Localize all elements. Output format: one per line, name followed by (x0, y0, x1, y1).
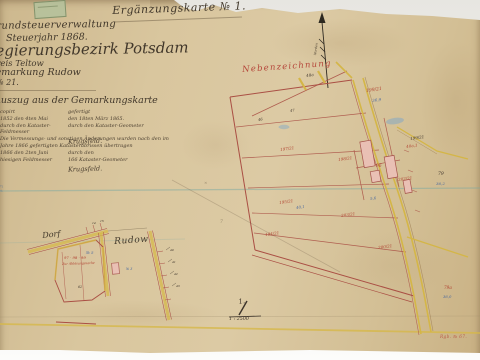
archive-sticker (33, 0, 66, 19)
main-road (299, 62, 433, 335)
parcel-label: 47 (290, 109, 295, 113)
parcel-boundaries (230, 71, 420, 302)
parcel-label: 79a (444, 286, 452, 290)
scale-numerator: 1. (238, 298, 246, 306)
parcel-label: № 5 (86, 251, 94, 255)
parcel-label: 36,0 (443, 295, 451, 299)
attestation-left: hiesigen Feldmesser (0, 157, 68, 164)
header-divider (0, 90, 96, 91)
extract-title: Auszug aus der Gemarkungskarte (0, 96, 158, 106)
parcel-label: 15 (100, 220, 104, 223)
sheet-number: № 21. (0, 79, 19, 87)
scanned-map-page: Ergänzungskarte № 1. Grundsteuerverwaltu… (0, 0, 480, 360)
parcel-label: 46 (258, 118, 263, 122)
amendment-attestation: 1866 den 2ten Junidurch denhiesigen Feld… (0, 150, 160, 172)
note-line: Jahre 1866 gefertigten Katasterabrissen … (0, 143, 192, 150)
parcel-label: 7 (220, 221, 223, 226)
parcel-label: 14 (92, 222, 96, 225)
attestation-right: gefertigt (68, 109, 172, 116)
parcel-label: 96 (376, 165, 382, 169)
attestation-right: Krugsfeld. (68, 162, 160, 174)
gemarkung-line: Gemarkung Rudow (0, 68, 81, 78)
attestation-right: durch den (68, 150, 160, 157)
attestation-left (0, 164, 68, 173)
attestation-right: den 18ten März 1865. (68, 116, 172, 123)
north-arrow-icon (319, 12, 329, 88)
parcel-label: 5,6 (370, 196, 377, 201)
attestation-left: durch den Kataster-Feldmesser (0, 123, 68, 137)
amendment-note: Die Vermessungs- und sonstigen Änderunge… (0, 136, 192, 149)
attestation-row: durch den Kataster-Feldmesserdurch den K… (0, 123, 172, 137)
attestation-row: copirtgefertigt (0, 109, 172, 116)
district-line: Regierungsbezirk Potsdam (0, 40, 189, 59)
pencil-line (172, 180, 340, 272)
parcel-label: 62 (78, 286, 82, 289)
attestation-row: 1866 den 2ten Junidurch den (0, 150, 160, 157)
blue-stamp: 51 (0, 184, 2, 193)
attestation-left: copirt (0, 109, 68, 116)
archive-mark: Rgb. № 67. (440, 335, 467, 339)
parcel-label: × (204, 181, 207, 185)
attestation-left: 1866 den 2ten Juni (0, 150, 68, 157)
parcel-label: 40 (170, 249, 174, 252)
parcel-label: 43 (176, 285, 180, 288)
pond (279, 117, 405, 130)
parcel-label: 41 (172, 261, 176, 264)
parcel-label: 97 · 98 · 99 (64, 256, 86, 260)
attestation-row: Krugsfeld. (0, 164, 160, 173)
parcel-label: 42 (174, 273, 178, 276)
attestation-row: 1852 den 4ten Maiden 18ten März 1865. (0, 116, 172, 123)
note-line: Die Vermessungs- und sonstigen Änderunge… (0, 136, 192, 143)
parcel-label: 36,2 (436, 182, 445, 186)
parcel-label: № 3 (126, 268, 132, 271)
parcel-label: 79 (438, 173, 444, 178)
scale-denominator: 1 : 2500 (229, 318, 249, 323)
attestation-left: 1852 den 4ten Mai (0, 116, 68, 123)
